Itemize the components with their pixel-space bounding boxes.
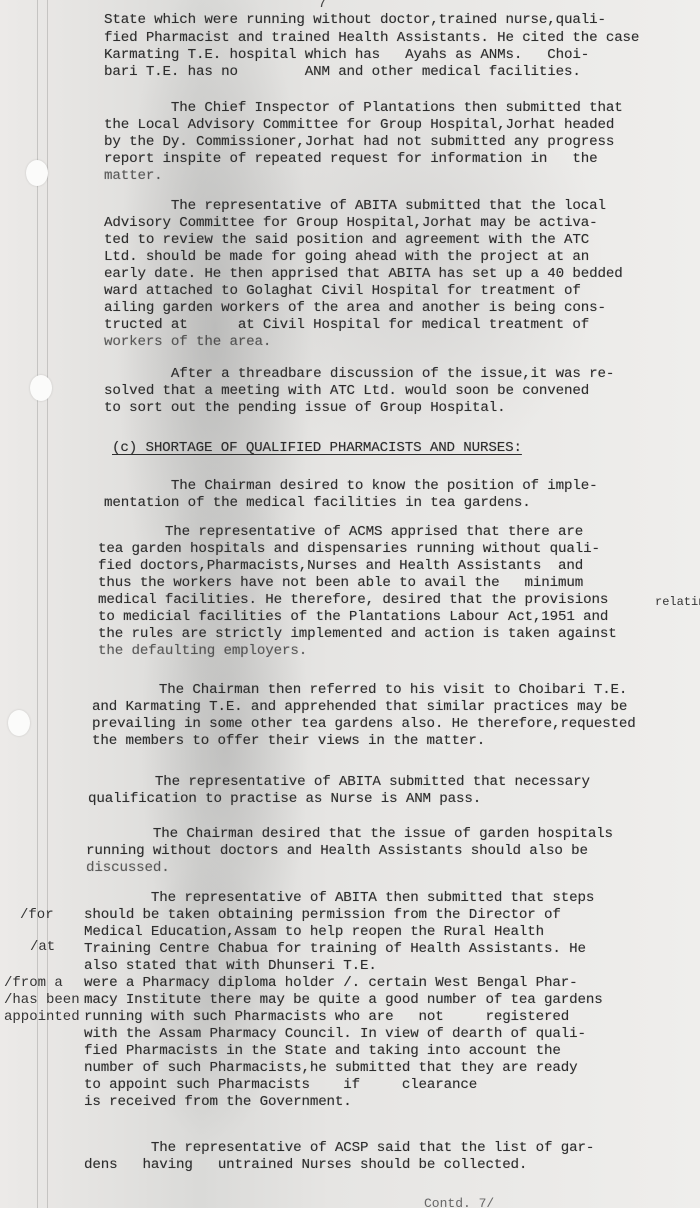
text-line: running without doctors and Health Assis… (86, 843, 588, 859)
text-line: bari T.E. has no ANM and other medical f… (104, 64, 581, 80)
text-line: the members to offer their views in the … (92, 733, 485, 749)
text-line: qualification to practise as Nurse is AN… (88, 791, 481, 807)
text-line: The Chief Inspector of Plantations then … (104, 100, 623, 116)
text-line: The Chairman then referred to his visit … (92, 682, 627, 698)
text-line: early date. He then apprised that ABITA … (104, 266, 623, 282)
text-line: ted to review the said position and agre… (104, 232, 589, 248)
text-line: report inspite of repeated request for i… (104, 151, 597, 167)
text-line: Karmating T.E. hospital which has Ayahs … (104, 47, 589, 63)
text-line: fied doctors,Pharmacists,Nurses and Heal… (98, 558, 583, 574)
text-line: ward attached to Golaghat Civil Hospital… (104, 283, 581, 299)
text-line: number of such Pharmacists,he submitted … (84, 1060, 577, 1076)
text-line: Medical Education,Assam to help reopen t… (84, 924, 544, 940)
margin-note: /at (30, 939, 55, 955)
margin-note: appointed (4, 1009, 80, 1025)
text-line: ailing garden workers of the area and an… (104, 300, 606, 316)
text-line: tea garden hospitals and dispensaries ru… (98, 541, 600, 557)
text-line: to appoint such Pharmacists if clearance (84, 1077, 477, 1093)
document-body: 7 State which were running without docto… (0, 0, 700, 1208)
text-line: dens having untrained Nurses should be c… (84, 1157, 527, 1173)
text-line: the rules are strictly implemented and a… (98, 626, 617, 642)
text-line: with the Assam Pharmacy Council. In view… (84, 1026, 586, 1042)
text-line: The representative of ABITA submitted th… (104, 198, 606, 214)
text-line: The Chairman desired to know the positio… (104, 478, 597, 494)
text-line: to medicial facilities of the Plantation… (98, 609, 608, 625)
text-line: Training Centre Chabua for training of H… (84, 941, 586, 957)
text-line: matter. (104, 168, 163, 184)
text-line: mentation of the medical facilities in t… (104, 495, 531, 511)
text-line: thus the workers have not been able to a… (98, 575, 583, 591)
text-line: After a threadbare discussion of the iss… (104, 366, 614, 382)
text-line: and Karmating T.E. and apprehended that … (92, 699, 627, 715)
text-line: The representative of ABITA then submitt… (84, 890, 594, 906)
text-line: also stated that with Dhunseri T.E. (84, 958, 377, 974)
text-line: were a Pharmacy diploma holder /. certai… (84, 975, 577, 991)
text-line: fied Pharmacist and trained Health Assis… (104, 30, 639, 46)
text-line: fied Pharmacists in the State and taking… (84, 1043, 561, 1059)
margin-note: /from a (4, 975, 63, 991)
continued-marker: Contd. 7/ (424, 1196, 494, 1208)
text-line: running with such Pharmacists who are no… (84, 1009, 569, 1025)
text-line: workers of the area. (104, 334, 271, 350)
text-line: The Chairman desired that the issue of g… (86, 826, 613, 842)
text-line: State which were running without doctor,… (104, 12, 606, 28)
text-line: The representative of ACSP said that the… (84, 1140, 594, 1156)
text-line: should be taken obtaining permission fro… (84, 907, 561, 923)
text-line: the Local Advisory Committee for Group H… (104, 117, 614, 133)
text-line: macy Institute there may be quite a good… (84, 992, 603, 1008)
text-line: solved that a meeting with ATC Ltd. woul… (104, 383, 589, 399)
handwritten-insertion: relating (655, 594, 700, 610)
text-line: is received from the Government. (84, 1094, 352, 1110)
text-line: Ltd. should be made for going ahead with… (104, 249, 589, 265)
margin-note: /has been (4, 992, 80, 1008)
text-line: the defaulting employers. (98, 643, 307, 659)
text-line: discussed. (86, 860, 170, 876)
text-line: The representative of ACMS apprised that… (98, 524, 583, 540)
text-line: prevailing in some other tea gardens als… (92, 716, 636, 732)
text-line: by the Dy. Commissioner,Jorhat had not s… (104, 134, 614, 150)
margin-note: /for (20, 907, 54, 923)
page-number: 7 (318, 0, 326, 12)
text-line: to sort out the pending issue of Group H… (104, 400, 505, 416)
text-line: The representative of ABITA submitted th… (88, 774, 590, 790)
text-line: Advisory Committee for Group Hospital,Jo… (104, 215, 597, 231)
section-heading: (c) SHORTAGE OF QUALIFIED PHARMACISTS AN… (112, 440, 522, 456)
text-line: tructed at at Civil Hospital for medical… (104, 317, 589, 333)
text-line: medical facilities. He therefore, desire… (98, 592, 608, 608)
